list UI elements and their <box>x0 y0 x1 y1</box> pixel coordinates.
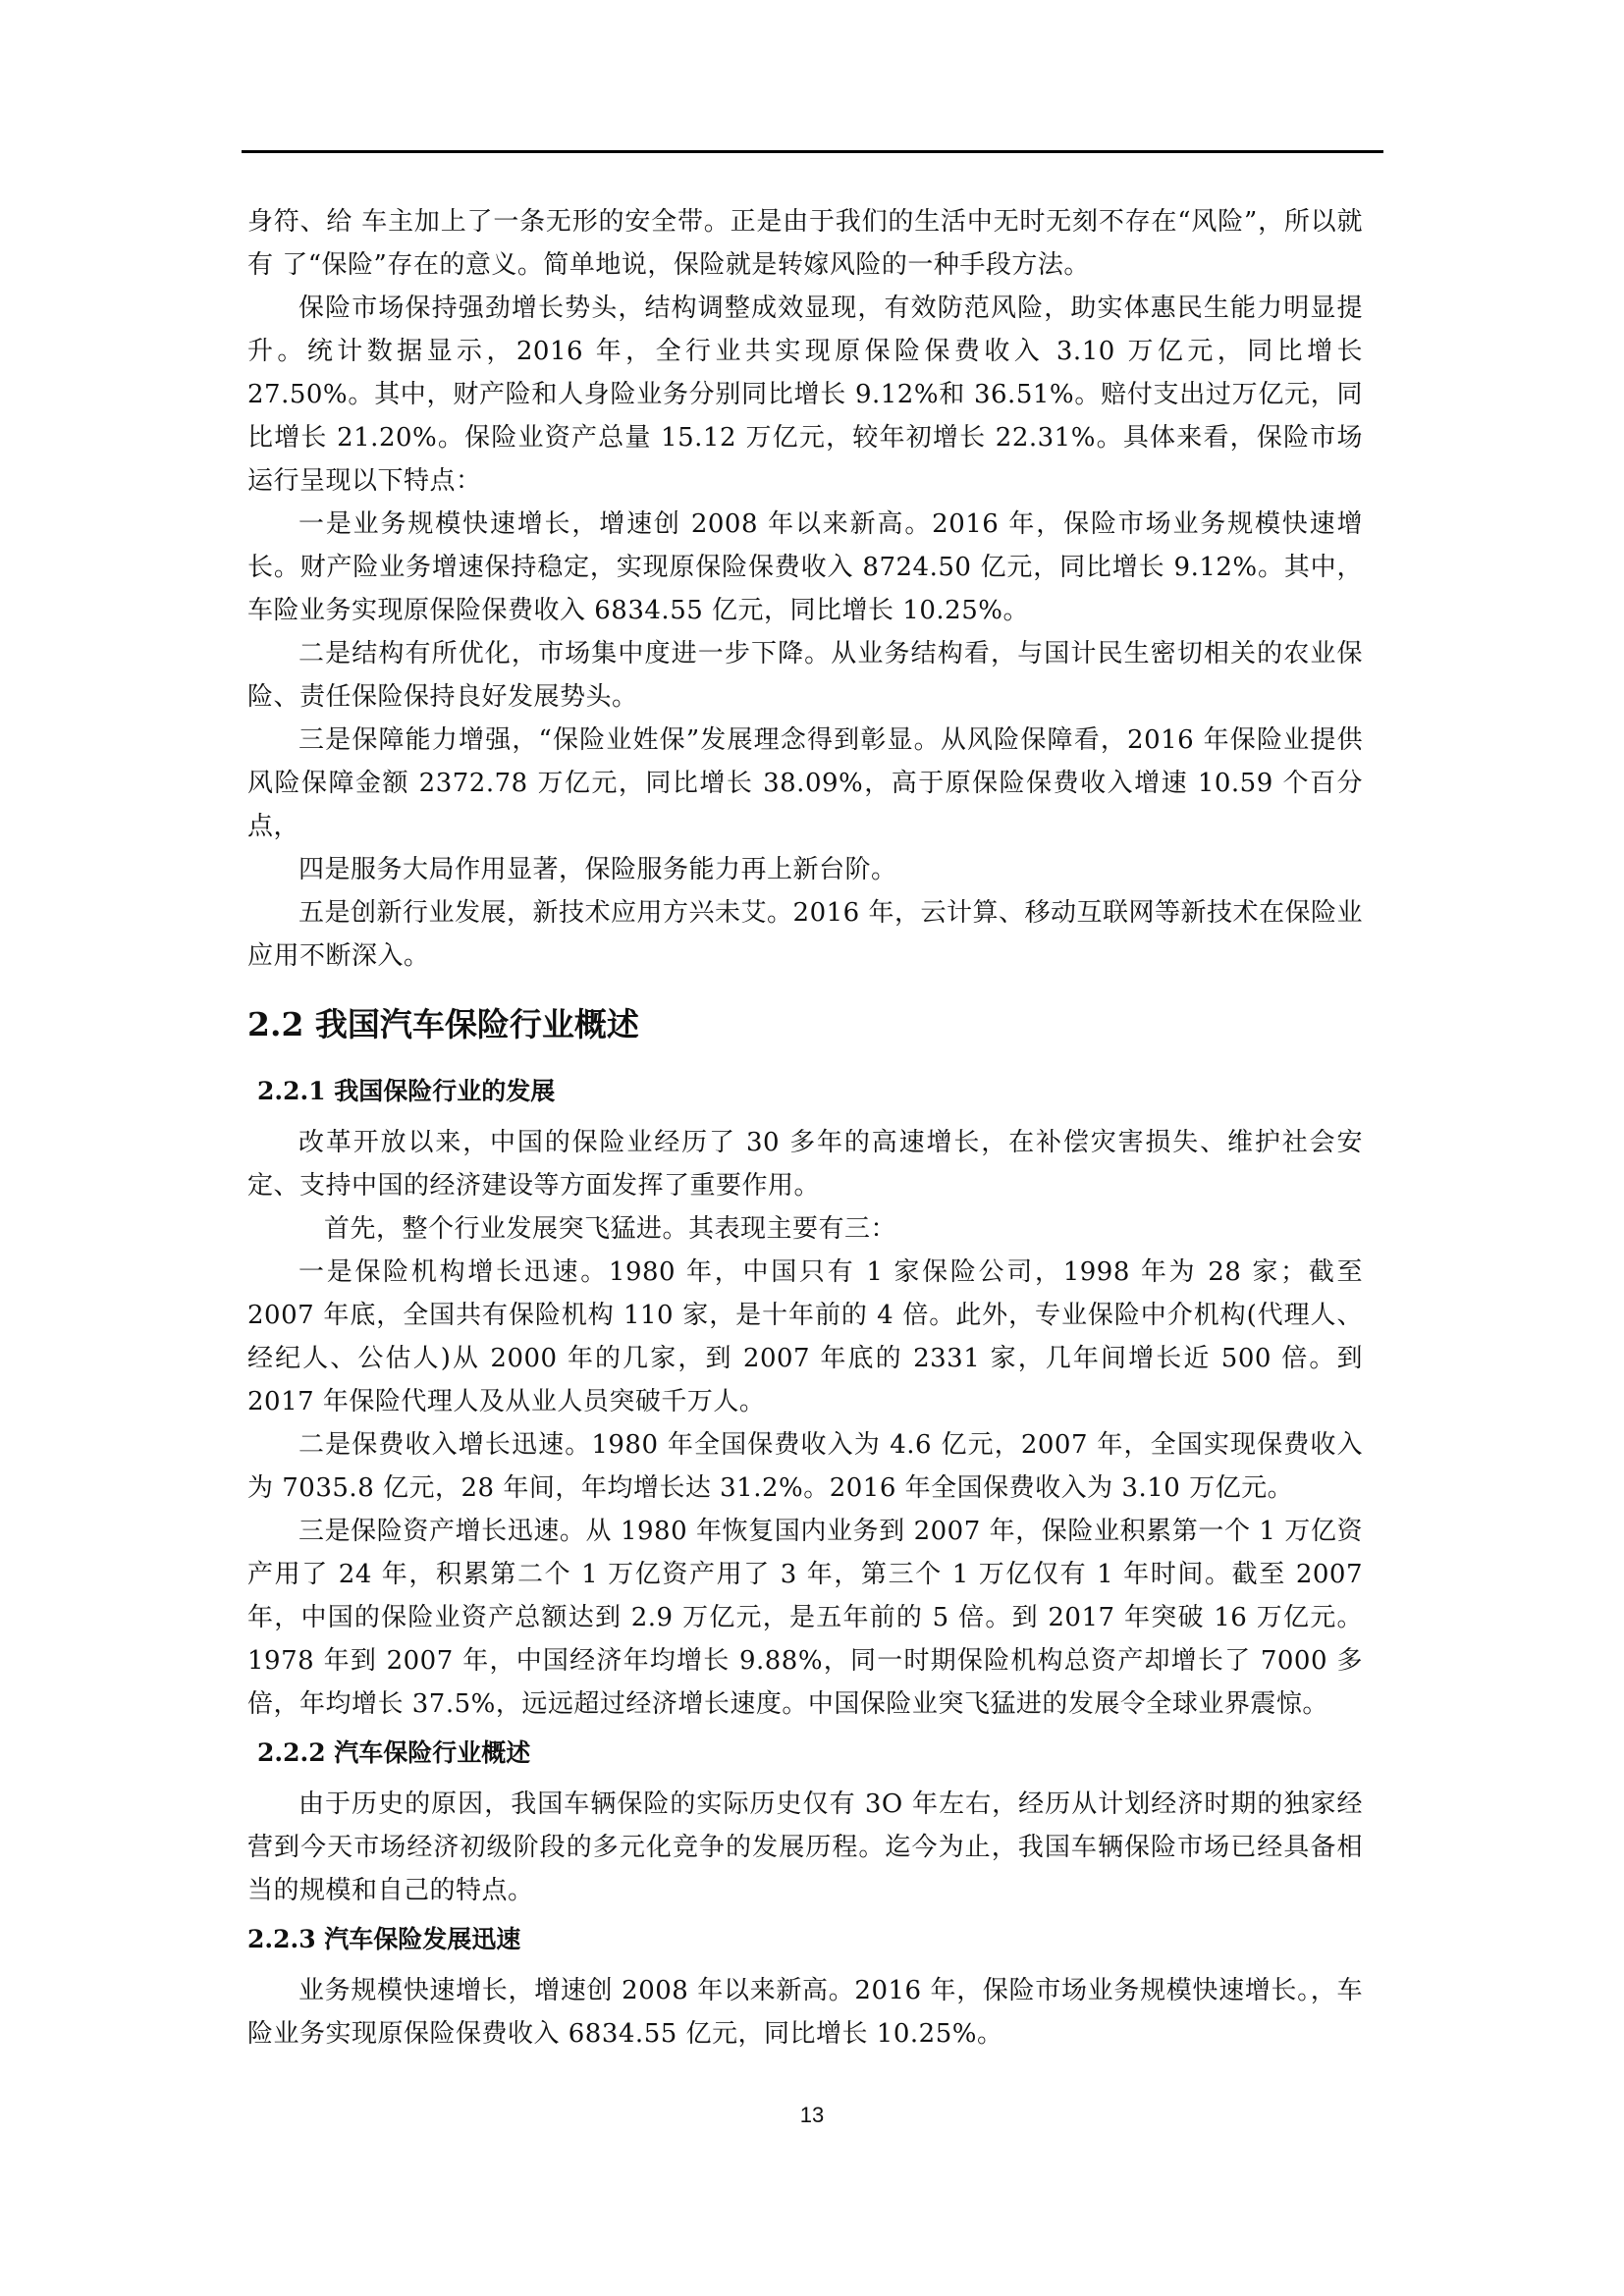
section-heading-2-2-1: 2.2.1 我国保险行业的发展 <box>257 1074 1363 1109</box>
paragraph-2-2-1-3: 一是保险机构增长迅速。1980 年，中国只有 1 家保险公司，1998 年为 2… <box>247 1251 1363 1423</box>
paragraph-2-2-1-5: 三是保险资产增长迅速。从 1980 年恢复国内业务到 2007 年，保险业积累第… <box>247 1510 1363 1726</box>
paragraph-intro-6: 四是服务大局作用显著，保险服务能力再上新台阶。 <box>247 848 1363 891</box>
header-rule <box>242 150 1383 153</box>
paragraph-intro-4: 二是结构有所优化，市场集中度进一步下降。从业务结构看，与国计民生密切相关的农业保… <box>247 632 1363 719</box>
paragraph-intro-2: 保险市场保持强劲增长势头，结构调整成效显现，有效防范风险，助实体惠民生能力明显提… <box>247 287 1363 503</box>
paragraph-2-2-1-2: 首先，整个行业发展突飞猛进。其表现主要有三： <box>247 1207 1363 1251</box>
paragraph-intro-3: 一是业务规模快速增长，增速创 2008 年以来新高。2016 年，保险市场业务规… <box>247 503 1363 632</box>
paragraph-intro-1: 身符、给 车主加上了一条无形的安全带。正是由于我们的生活中无时无刻不存在“风险”… <box>247 200 1363 287</box>
paragraph-2-2-1-4: 二是保费收入增长迅速。1980 年全国保费收入为 4.6 亿元，2007 年，全… <box>247 1423 1363 1510</box>
paragraph-2-2-2-1: 由于历史的原因，我国车辆保险的实际历史仅有 3O 年左右，经历从计划经济时期的独… <box>247 1783 1363 1912</box>
section-heading-2-2: 2.2 我国汽车保险行业概述 <box>247 1003 1363 1046</box>
page-body: 身符、给 车主加上了一条无形的安全带。正是由于我们的生活中无时无刻不存在“风险”… <box>247 200 1363 2056</box>
paragraph-2-2-1-1: 改革开放以来，中国的保险业经历了 30 多年的高速增长，在补偿灾害损失、维护社会… <box>247 1121 1363 1207</box>
paragraph-intro-5: 三是保障能力增强，“保险业姓保”发展理念得到彰显。从风险保障看，2016 年保险… <box>247 719 1363 848</box>
section-heading-2-2-3: 2.2.3 汽车保险发展迅速 <box>247 1922 1363 1957</box>
paragraph-2-2-3-1: 业务规模快速增长，增速创 2008 年以来新高。2016 年，保险市场业务规模快… <box>247 1969 1363 2056</box>
page-number: 13 <box>0 2103 1624 2128</box>
paragraph-intro-7: 五是创新行业发展，新技术应用方兴未艾。2016 年，云计算、移动互联网等新技术在… <box>247 891 1363 978</box>
section-heading-2-2-2: 2.2.2 汽车保险行业概述 <box>257 1735 1363 1771</box>
